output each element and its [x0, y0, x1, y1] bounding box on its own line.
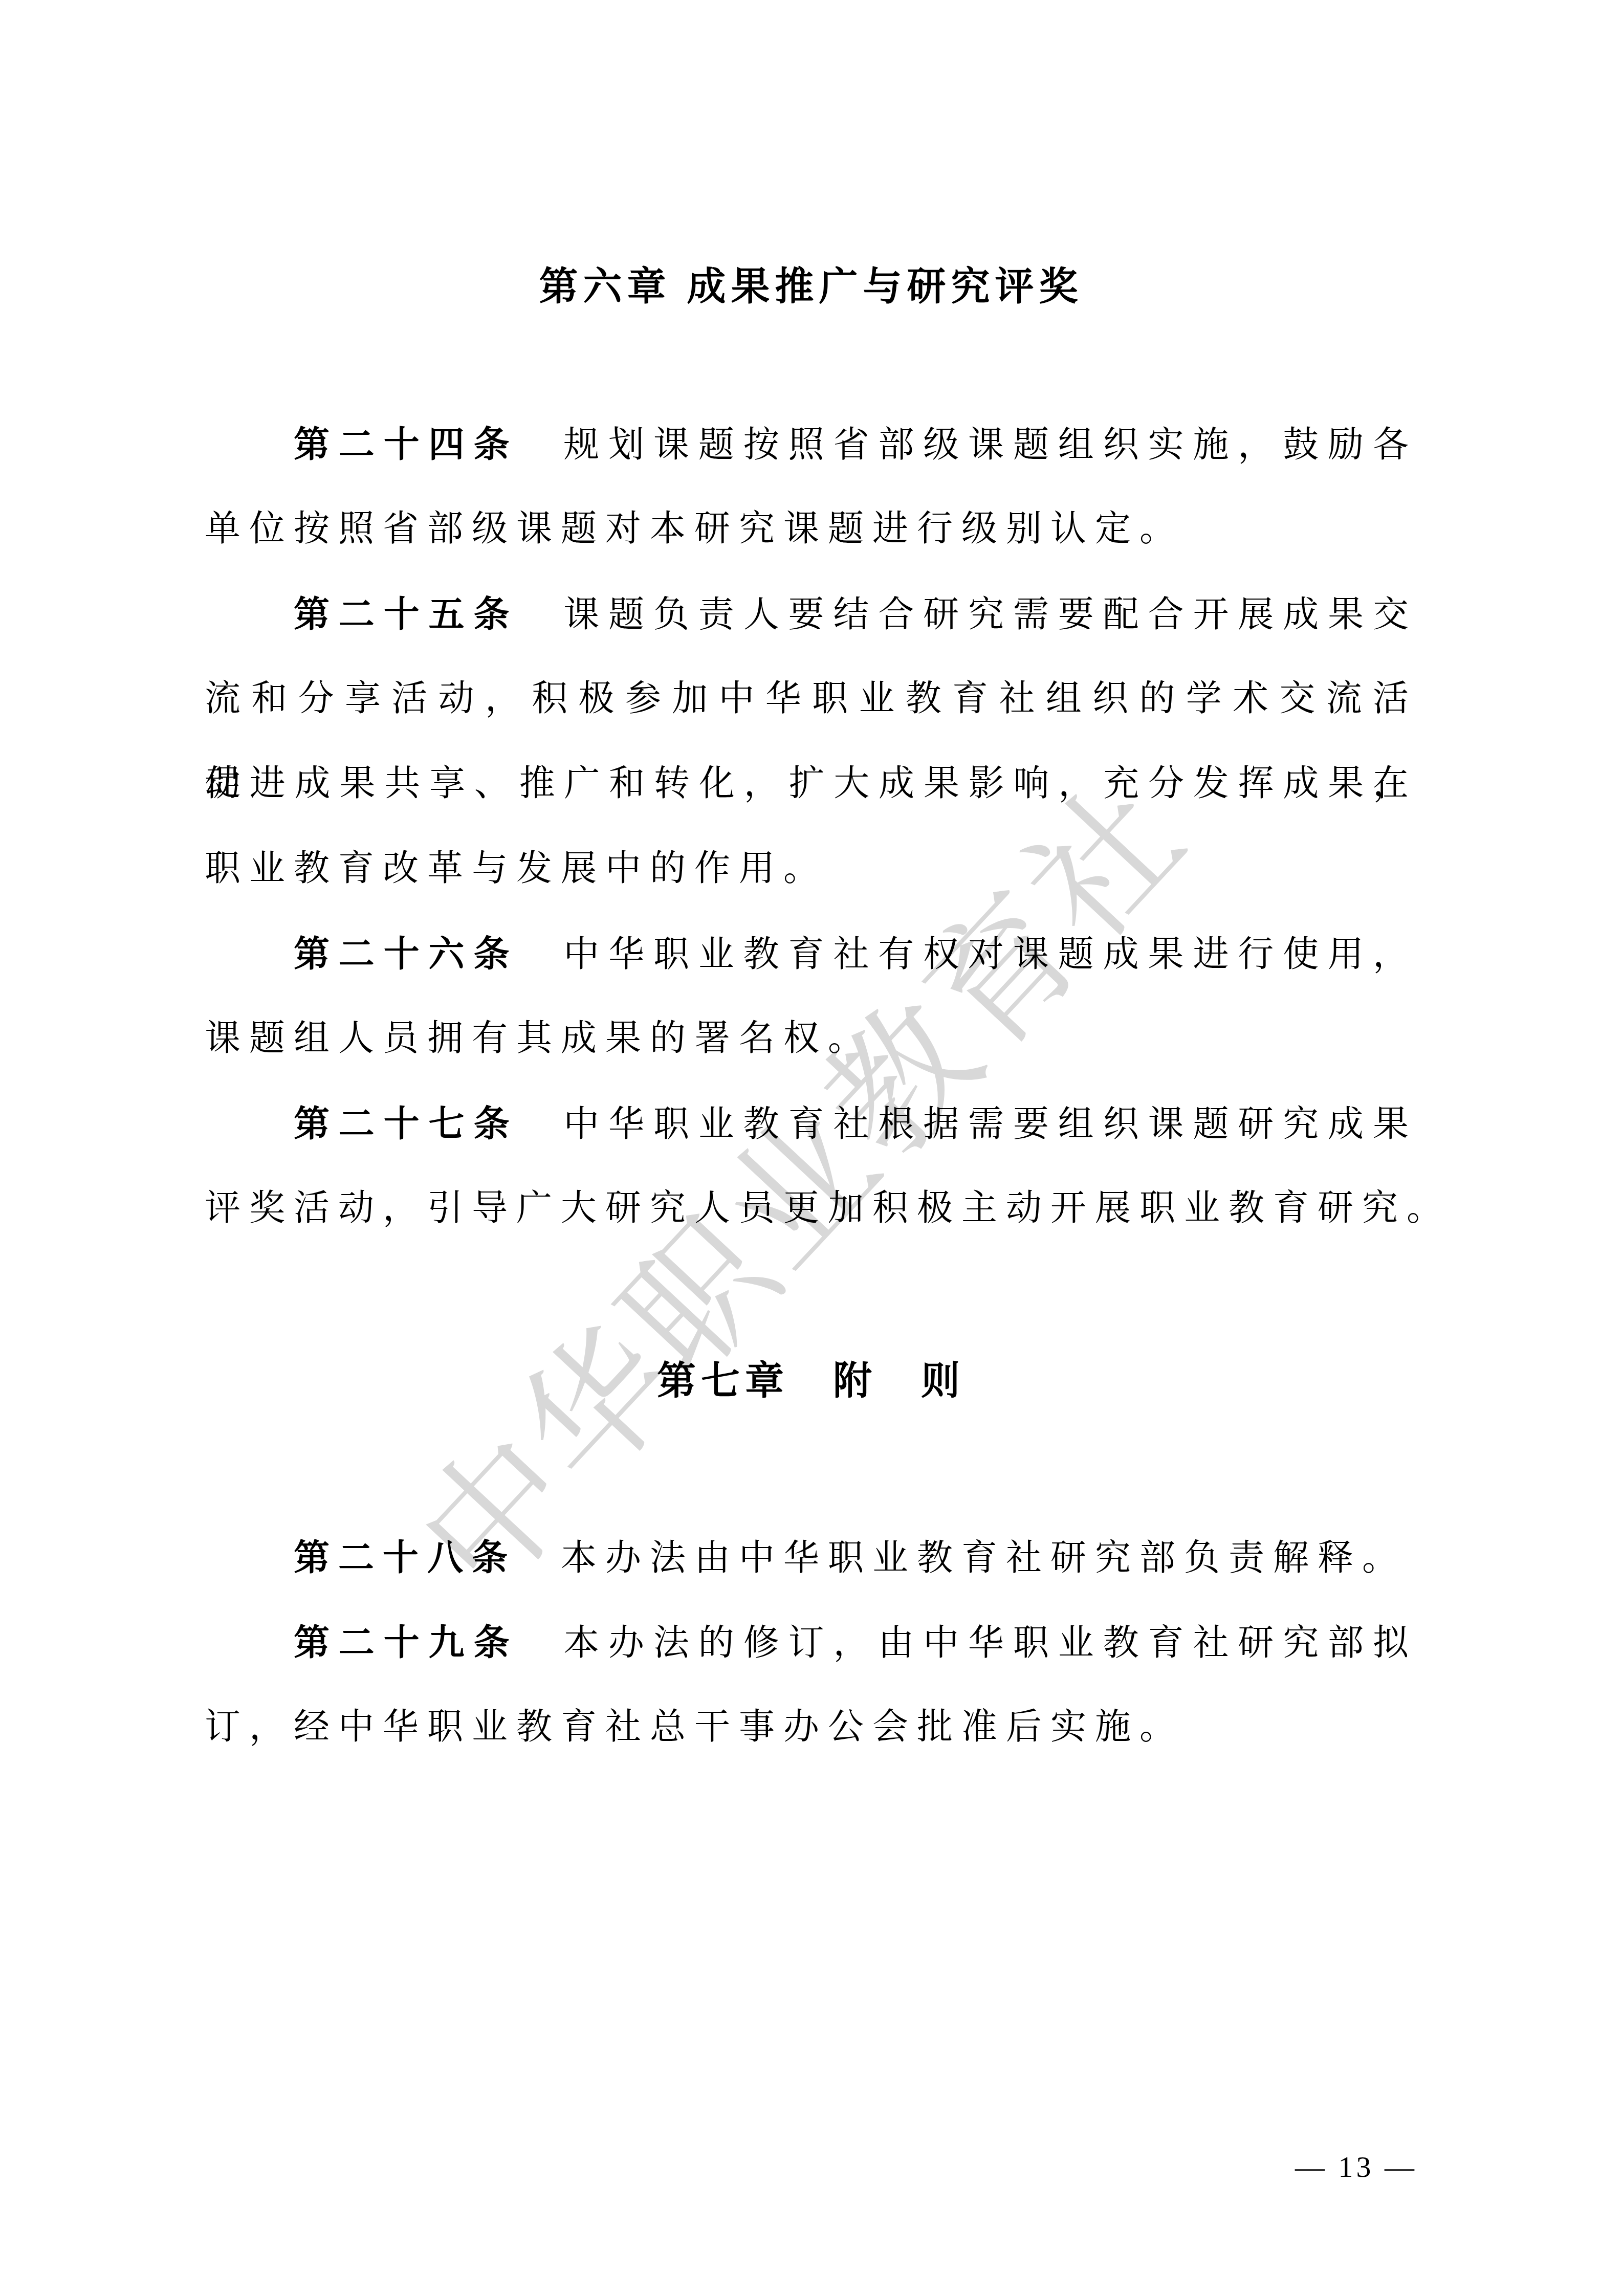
body-line: 第二十六条 中华职业教育社有权对课题成果进行使用， — [205, 912, 1417, 997]
body-text: 课题组人员拥有其成果的署名权。 — [205, 1019, 872, 1058]
body-line: 职业教育改革与发展中的作用。 — [205, 827, 1417, 912]
page-number: — 13 — — [1295, 2147, 1417, 2188]
body-line: 促进成果共享、推广和转化，扩大成果影响，充分发挥成果在 — [205, 742, 1417, 827]
article-number: 第二十九条 — [294, 1623, 518, 1663]
article-number: 第二十五条 — [294, 594, 518, 634]
document-content: 第六章 成果推广与研究评奖 第二十四条 规划课题按照省部级课题组织实施，鼓励各单… — [205, 0, 1417, 1770]
body-line: 第二十七条 中华职业教育社根据需要组织课题研究成果 — [205, 1081, 1417, 1166]
body-line: 流和分享活动，积极参加中华职业教育社组织的学术交流活动， — [205, 657, 1417, 742]
body-text: 本办法的修订，由中华职业教育社研究部拟 — [518, 1624, 1417, 1663]
body-line: 评奖活动，引导广大研究人员更加积极主动开展职业教育研究。 — [205, 1166, 1417, 1251]
chapter6-body: 第二十四条 规划课题按照省部级课题组织实施，鼓励各单位按照省部级课题对本研究课题… — [205, 402, 1417, 1251]
body-text: 单位按照省部级课题对本研究课题进行级别认定。 — [205, 510, 1184, 549]
document-page: 中华职业教育社 第六章 成果推广与研究评奖 第二十四条 规划课题按照省部级课题组… — [0, 0, 1623, 2296]
body-line: 第二十九条 本办法的修订，由中华职业教育社研究部拟 — [205, 1600, 1417, 1685]
body-text: 评奖活动，引导广大研究人员更加积极主动开展职业教育研究。 — [205, 1189, 1451, 1228]
body-line: 第二十五条 课题负责人要结合研究需要配合开展成果交 — [205, 572, 1417, 657]
body-text: 规划课题按照省部级课题组织实施，鼓励各 — [518, 426, 1417, 465]
body-text: 订，经中华职业教育社总干事办公会批准后实施。 — [205, 1708, 1184, 1747]
article-number: 第二十六条 — [294, 934, 518, 974]
article-number: 第二十七条 — [294, 1104, 518, 1144]
body-text: 课题负责人要结合研究需要配合开展成果交 — [518, 595, 1417, 635]
body-text: 促进成果共享、推广和转化，扩大成果影响，充分发挥成果在 — [205, 764, 1417, 804]
body-line: 订，经中华职业教育社总干事办公会批准后实施。 — [205, 1685, 1417, 1770]
body-line: 单位按照省部级课题对本研究课题进行级别认定。 — [205, 487, 1417, 572]
article-number: 第二十八条 — [294, 1538, 516, 1578]
body-text: 中华职业教育社有权对课题成果进行使用， — [518, 935, 1417, 975]
chapter7-body: 第二十八条 本办法由中华职业教育社研究部负责解释。第二十九条 本办法的修订，由中… — [205, 1515, 1417, 1770]
body-line: 第二十八条 本办法由中华职业教育社研究部负责解释。 — [205, 1515, 1417, 1600]
body-text: 职业教育改革与发展中的作用。 — [205, 849, 828, 889]
body-line: 第二十四条 规划课题按照省部级课题组织实施，鼓励各 — [205, 402, 1417, 487]
body-text: 中华职业教育社根据需要组织课题研究成果 — [518, 1105, 1417, 1144]
body-line: 课题组人员拥有其成果的署名权。 — [205, 997, 1417, 1081]
chapter7-heading: 第七章 附 则 — [205, 1338, 1417, 1424]
chapter6-heading: 第六章 成果推广与研究评奖 — [205, 244, 1417, 329]
body-text: 本办法由中华职业教育社研究部负责解释。 — [516, 1539, 1407, 1578]
article-number: 第二十四条 — [294, 425, 518, 465]
